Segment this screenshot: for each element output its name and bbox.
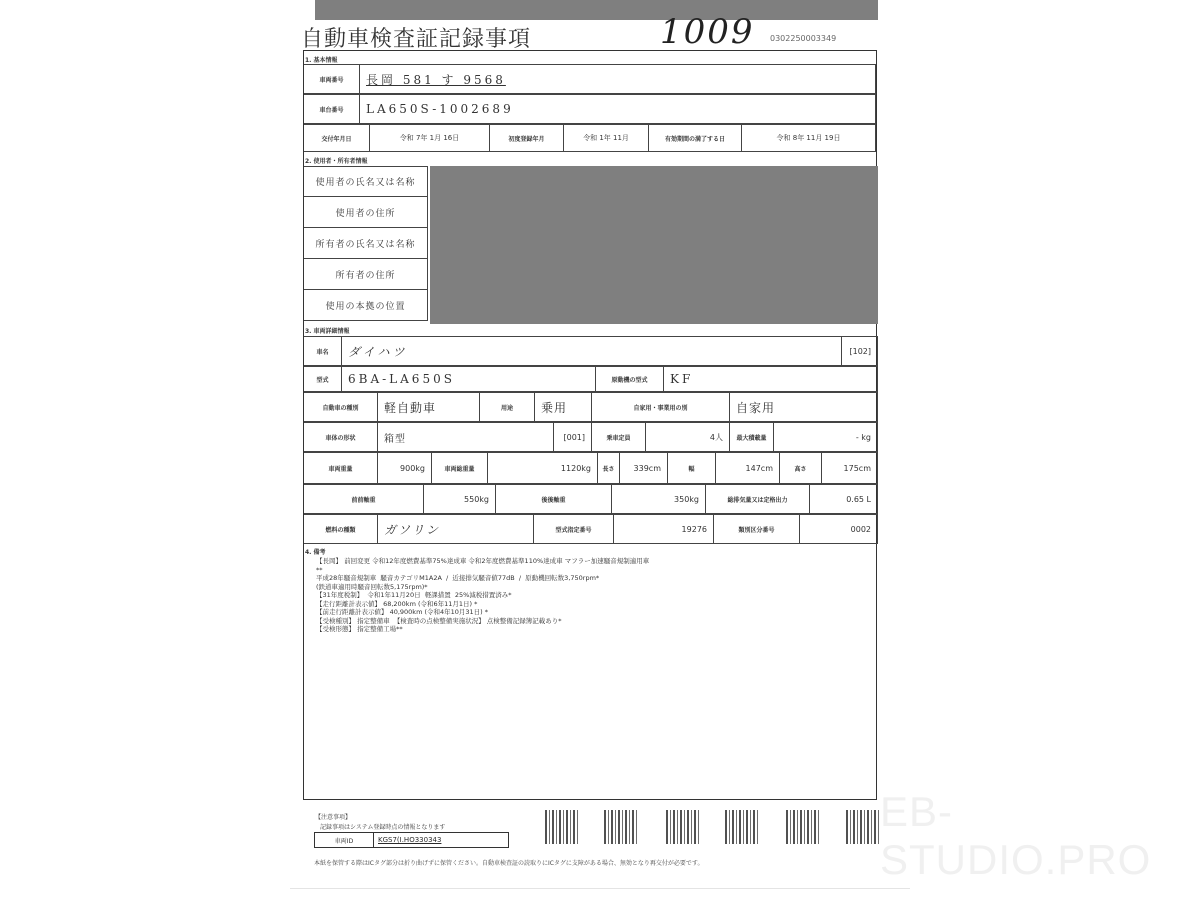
redaction-bar-top [315,0,878,20]
vehicle-type-label: 自動車の種別 [304,393,378,422]
width-label: 幅 [668,453,716,484]
serial-number: 0302250003349 [770,34,836,43]
remarks-line: 【走行距離計表示値】 68,200km (令和6年11月1日) * [316,600,649,609]
first-registration-value: 令和 1年 11月 [564,125,649,152]
remarks-block: 【長岡】 前回変更 令和12年度燃費基準75%達成車 令和2年度燃費基準110%… [316,557,649,634]
first-registration-label: 初度登録年月 [490,125,564,152]
fuel-type-label: 燃料の種類 [304,515,378,544]
chassis-row: 車台番号 LA650S-1002689 [304,94,876,124]
private-business-label: 自家用・事業用の別 [592,393,730,422]
length-value: 339cm [620,453,668,484]
registration-row: 車両番号 長岡 581 す 9568 [304,64,876,94]
type-designation-value: 19276 [614,515,714,544]
front-axle-label: 前前軸重 [304,485,424,514]
gross-weight-label: 車両総重量 [432,453,488,484]
model-row: 型式 6BA-LA650S 原動機の型式 KF [304,366,878,392]
vehicle-type-row: 自動車の種別 軽自動車 用途 乗用 自家用・事業用の別 自家用 [304,392,878,422]
base-location-label: 使用の本拠の位置 [304,290,428,321]
user-name-label: 使用者の氏名又は名称 [304,166,428,197]
maker-label: 車名 [304,337,342,366]
displacement-label: 総排気量又は定格出力 [706,485,810,514]
remarks-line: 【長岡】 前回変更 令和12年度燃費基準75%達成車 令和2年度燃費基準110%… [316,557,649,566]
chassis-label: 車台番号 [304,95,360,124]
model-label: 型式 [304,367,342,392]
redacted-owner-info [430,166,878,324]
section-3-heading: 3. 車両詳細情報 [305,326,350,335]
qr-code-icon [666,810,700,844]
scan-edge [290,888,910,889]
gross-weight-value: 1120kg [488,453,598,484]
vehicle-weight-value: 900kg [378,453,432,484]
qr-code-icon [545,810,579,844]
body-shape-value: 箱型 [378,423,554,452]
registration-value: 長岡 581 す 9568 [360,65,876,94]
remarks-line: ** [316,566,649,575]
model-value: 6BA-LA650S [342,367,596,392]
body-shape-code: [001] [554,423,592,452]
qr-code-icon [604,810,638,844]
max-load-label: 最大積載量 [730,423,774,452]
owner-labels: 使用者の氏名又は名称 使用者の住所 所有者の氏名又は名称 所有者の住所 使用の本… [304,166,428,321]
expiry-date-label: 有効期間の満了する日 [649,125,742,152]
front-axle-value: 550kg [424,485,496,514]
purpose-value: 乗用 [535,393,592,422]
watermark: EB-STUDIO.PRO [880,788,1200,884]
length-label: 長さ [598,453,620,484]
owner-name-label: 所有者の氏名又は名称 [304,228,428,259]
remarks-line: 平成28年騒音規制車 騒音カテゴリM1A2A / 近接排気騒音値77dB / 原… [316,574,649,583]
displacement-value: 0.65 L [810,485,878,514]
purpose-label: 用途 [480,393,535,422]
axle-row: 前前軸重 550kg 後後軸重 350kg 総排気量又は定格出力 0.65 L [304,484,878,514]
notice-heading: 【注意事項】 [315,812,351,821]
max-load-value: - kg [774,423,878,452]
remarks-line: 【前走行距離計表示値】 40,900km (令和4年10月31日) * [316,608,649,617]
type-designation-label: 型式指定番号 [534,515,614,544]
vehicle-id-value: KGS7(I.HO330343 [374,833,441,847]
category-number-label: 類別区分番号 [714,515,800,544]
remarks-line: (鉄道車適用時騒音回転数5,175rpm)* [316,583,649,592]
height-label: 高さ [780,453,822,484]
issue-date-value: 令和 7年 1月 16日 [370,125,490,152]
category-number-value: 0002 [800,515,878,544]
qr-code-icon [725,810,759,844]
document-title: 自動車検査証記録事項 [301,22,531,53]
maker-value: ダイハツ [342,337,842,366]
chassis-value: LA650S-1002689 [360,95,876,124]
registration-label: 車両番号 [304,65,360,94]
vehicle-type-value: 軽自動車 [378,393,480,422]
remarks-line: 【受検形態】 指定整備工場** [316,625,649,634]
qr-code-icon [846,810,880,844]
vehicle-id-box: 車両ID KGS7(I.HO330343 [314,832,509,848]
rear-axle-value: 350kg [612,485,706,514]
fuel-row: 燃料の種類 ガソリン 型式指定番号 19276 類別区分番号 0002 [304,514,878,544]
owner-address-label: 所有者の住所 [304,259,428,290]
engine-model-value: KF [664,367,878,392]
user-address-label: 使用者の住所 [304,197,428,228]
vehicle-weight-label: 車両重量 [304,453,378,484]
qr-code-icon [786,810,820,844]
handwritten-number: 1009 [660,12,755,52]
footer-note: 本紙を保管する際はICタグ部分は折り曲げずに保管ください。自動車検査証の読取りに… [314,858,703,867]
rear-axle-label: 後後軸重 [496,485,612,514]
notice-text: 記録事項はシステム登録時点の情報となります [320,822,445,831]
capacity-label: 乗車定員 [592,423,646,452]
remarks-line: 【31年度税制】 令和1年11月20日 軽課措置 25%減税措置済み* [316,591,649,600]
issue-date-label: 交付年月日 [304,125,370,152]
expiry-date-value: 令和 8年 11月 19日 [742,125,876,152]
section-1-heading: 1. 基本情報 [305,55,338,64]
maker-code: [102] [842,337,878,366]
body-shape-label: 車体の形状 [304,423,378,452]
height-value: 175cm [822,453,878,484]
dimensions-row: 車両重量 900kg 車両総重量 1120kg 長さ 339cm 幅 147cm… [304,452,878,484]
capacity-value: 4人 [646,423,730,452]
dates-row: 交付年月日 令和 7年 1月 16日 初度登録年月 令和 1年 11月 有効期間… [304,124,876,152]
section-4-heading: 4. 備考 [305,547,326,556]
private-business-value: 自家用 [730,393,878,422]
width-value: 147cm [716,453,780,484]
engine-model-label: 原動機の型式 [596,367,664,392]
remarks-line: 【受検種別】 指定整備車 【検査時の点検整備実施状況】 点検整備記録簿記載あり* [316,617,649,626]
maker-row: 車名 ダイハツ [102] [304,336,878,366]
fuel-type-value: ガソリン [378,515,534,544]
vehicle-id-label: 車両ID [315,833,374,847]
section-2-heading: 2. 使用者・所有者情報 [305,156,368,165]
body-shape-row: 車体の形状 箱型 [001] 乗車定員 4人 最大積載量 - kg [304,422,878,452]
